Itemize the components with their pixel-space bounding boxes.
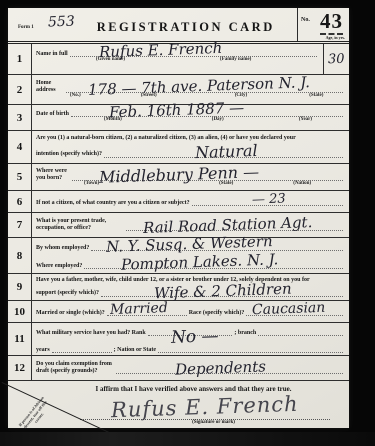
answer-line: Caucasian <box>246 308 343 316</box>
answer-line: 178 — 7th ave. Paterson N. J. <box>66 85 343 93</box>
row-number: 10 <box>8 301 32 322</box>
question-line-2: intention (specify which)? <box>36 151 102 158</box>
branch-line <box>258 328 343 336</box>
years-line <box>52 345 112 353</box>
town-sublabel: (Town) <box>84 181 99 186</box>
number-box: No. 43 Age, in yrs. <box>297 8 349 41</box>
question-label: What is your present trade, occupation, … <box>36 218 124 231</box>
question-line-1: Are you (1) a natural-born citizen, (2) … <box>36 135 345 142</box>
row-body: Married or single (which)? Married Race … <box>32 301 349 322</box>
state-sublabel: (State) <box>309 93 323 98</box>
day-sublabel: (Day) <box>212 117 224 122</box>
row-body: Name in full Rufus E. French (Given name… <box>32 44 323 74</box>
card-row-5-birthplace: 5 Where were you born? Middlebury Penn —… <box>8 164 349 191</box>
row-number: 12 <box>8 356 32 380</box>
question-label: Do you claim exemption from draft (speci… <box>36 361 114 374</box>
handwritten-married: Married <box>110 300 168 318</box>
handwritten-country: — 23 <box>252 191 286 207</box>
form-label: Form 1 <box>18 25 34 30</box>
question-line-2: support (specify which)? <box>36 290 99 297</box>
no-label: No. <box>301 17 310 23</box>
answer-line: N. Y. Susq. & Western <box>91 243 343 251</box>
nation-state-label: ; Nation or State <box>114 347 156 354</box>
stamped-number: 43 <box>320 10 343 35</box>
row-number: 9 <box>8 274 32 300</box>
age-box: 30 <box>323 44 349 74</box>
serial-number-handwritten: 553 <box>47 13 74 30</box>
row-body: Date of birth Feb. 16th 1887 — (Month) (… <box>32 105 349 130</box>
handwritten-military-service: No — <box>171 326 219 348</box>
row-number: 11 <box>8 323 32 355</box>
row-body: Do you claim exemption from draft (speci… <box>32 356 349 380</box>
handwritten-signature: Rufus E. French <box>111 392 299 423</box>
answer-line: Feb. 16th 1887 — <box>71 109 343 117</box>
question-label: Home address <box>36 80 64 93</box>
answer-line: Pompton Lakes. N. J. <box>84 261 343 269</box>
row-number: 8 <box>8 238 32 273</box>
no-sublabel: (No.) <box>70 93 81 98</box>
answer-line: Dependents <box>116 366 343 374</box>
handwritten-citizenship: Natural <box>195 140 258 161</box>
answer-line: Middlebury Penn — <box>72 173 343 181</box>
card-row-7-occupation: 7 What is your present trade, occupation… <box>8 213 349 238</box>
card-footer: I affirm that I have verified above answ… <box>8 381 349 427</box>
city-sublabel: (City) <box>235 93 248 98</box>
row-body: By whom employed? N. Y. Susq. & Western … <box>32 238 349 273</box>
question-label: If not a citizen, of what country are yo… <box>36 200 190 207</box>
row-body: If not a citizen, of what country are yo… <box>32 191 349 212</box>
row-body: Where were you born? Middlebury Penn — (… <box>32 164 349 190</box>
question-label: Date of birth <box>36 111 69 118</box>
card-row-3-date-of-birth: 3 Date of birth Feb. 16th 1887 — (Month)… <box>8 105 349 131</box>
answer-line: Rail Road Station Agt. <box>126 223 343 231</box>
answer-line: Rufus E. French <box>70 49 317 57</box>
card-row-4-citizenship: 4 Are you (1) a natural-born citizen, (2… <box>8 131 349 164</box>
race-question: Race (specify which)? <box>189 310 245 317</box>
photo-background: Form 1 553 REGISTRATION CARD No. 43 Age,… <box>0 0 375 446</box>
card-row-1-name: 1 Name in full Rufus E. French (Given na… <box>8 44 349 75</box>
card-row-10-married-race: 10 Married or single (which)? Married Ra… <box>8 301 349 323</box>
answer-line: Married <box>107 308 187 316</box>
row-number: 4 <box>8 131 32 163</box>
employer-question: By whom employed? <box>36 245 89 252</box>
nation-sublabel: (Nation) <box>293 181 311 186</box>
row-number: 7 <box>8 213 32 237</box>
card-row-8-employer: 8 By whom employed? N. Y. Susq. & Wester… <box>8 238 349 274</box>
row-number: 5 <box>8 164 32 190</box>
row-number: 2 <box>8 75 32 104</box>
where-employed-question: Where employed? <box>36 263 82 270</box>
row-number: 3 <box>8 105 32 130</box>
handwritten-age: 30 <box>328 51 345 67</box>
registration-card: Form 1 553 REGISTRATION CARD No. 43 Age,… <box>8 8 349 428</box>
row-body: What is your present trade, occupation, … <box>32 213 349 237</box>
card-title: REGISTRATION CARD <box>74 20 297 35</box>
card-row-12-exemption: 12 Do you claim exemption from draft (sp… <box>8 356 349 381</box>
handwritten-race: Caucasian <box>252 300 326 319</box>
row-number: 6 <box>8 191 32 212</box>
married-question: Married or single (which)? <box>36 310 105 317</box>
card-row-9-dependents: 9 Have you a father, mother, wife, child… <box>8 274 349 301</box>
year-sublabel: (Year) <box>299 117 312 122</box>
age-in-years-label: Age, in yrs. <box>326 35 345 40</box>
card-row-6-citizen-of: 6 If not a citizen, of what country are … <box>8 191 349 213</box>
signature-line: Rufus E. French <box>80 395 330 420</box>
answer-line: Natural <box>104 150 343 158</box>
row-body: What military service have you had? Rank… <box>32 323 349 355</box>
years-label: years <box>36 347 50 354</box>
row-body: Have you a father, mother, wife, child u… <box>32 274 349 300</box>
row-body: Are you (1) a natural-born citizen, (2) … <box>32 131 349 163</box>
card-header: Form 1 553 REGISTRATION CARD No. 43 Age,… <box>8 8 349 44</box>
question-label: Name in full <box>36 51 68 58</box>
question-label: Where were you born? <box>36 168 70 181</box>
card-row-11-military-service: 11 What military service have you had? R… <box>8 323 349 356</box>
branch-label: ; branch <box>234 330 256 337</box>
row-number: 1 <box>8 44 32 74</box>
handwritten-exemption: Dependents <box>175 357 266 378</box>
answer-line: — 23 <box>192 198 343 206</box>
military-question: What military service have you had? Rank <box>36 330 146 337</box>
answer-line: Wife & 2 Children <box>101 289 343 297</box>
family-name-label: (Family name) <box>220 57 251 62</box>
